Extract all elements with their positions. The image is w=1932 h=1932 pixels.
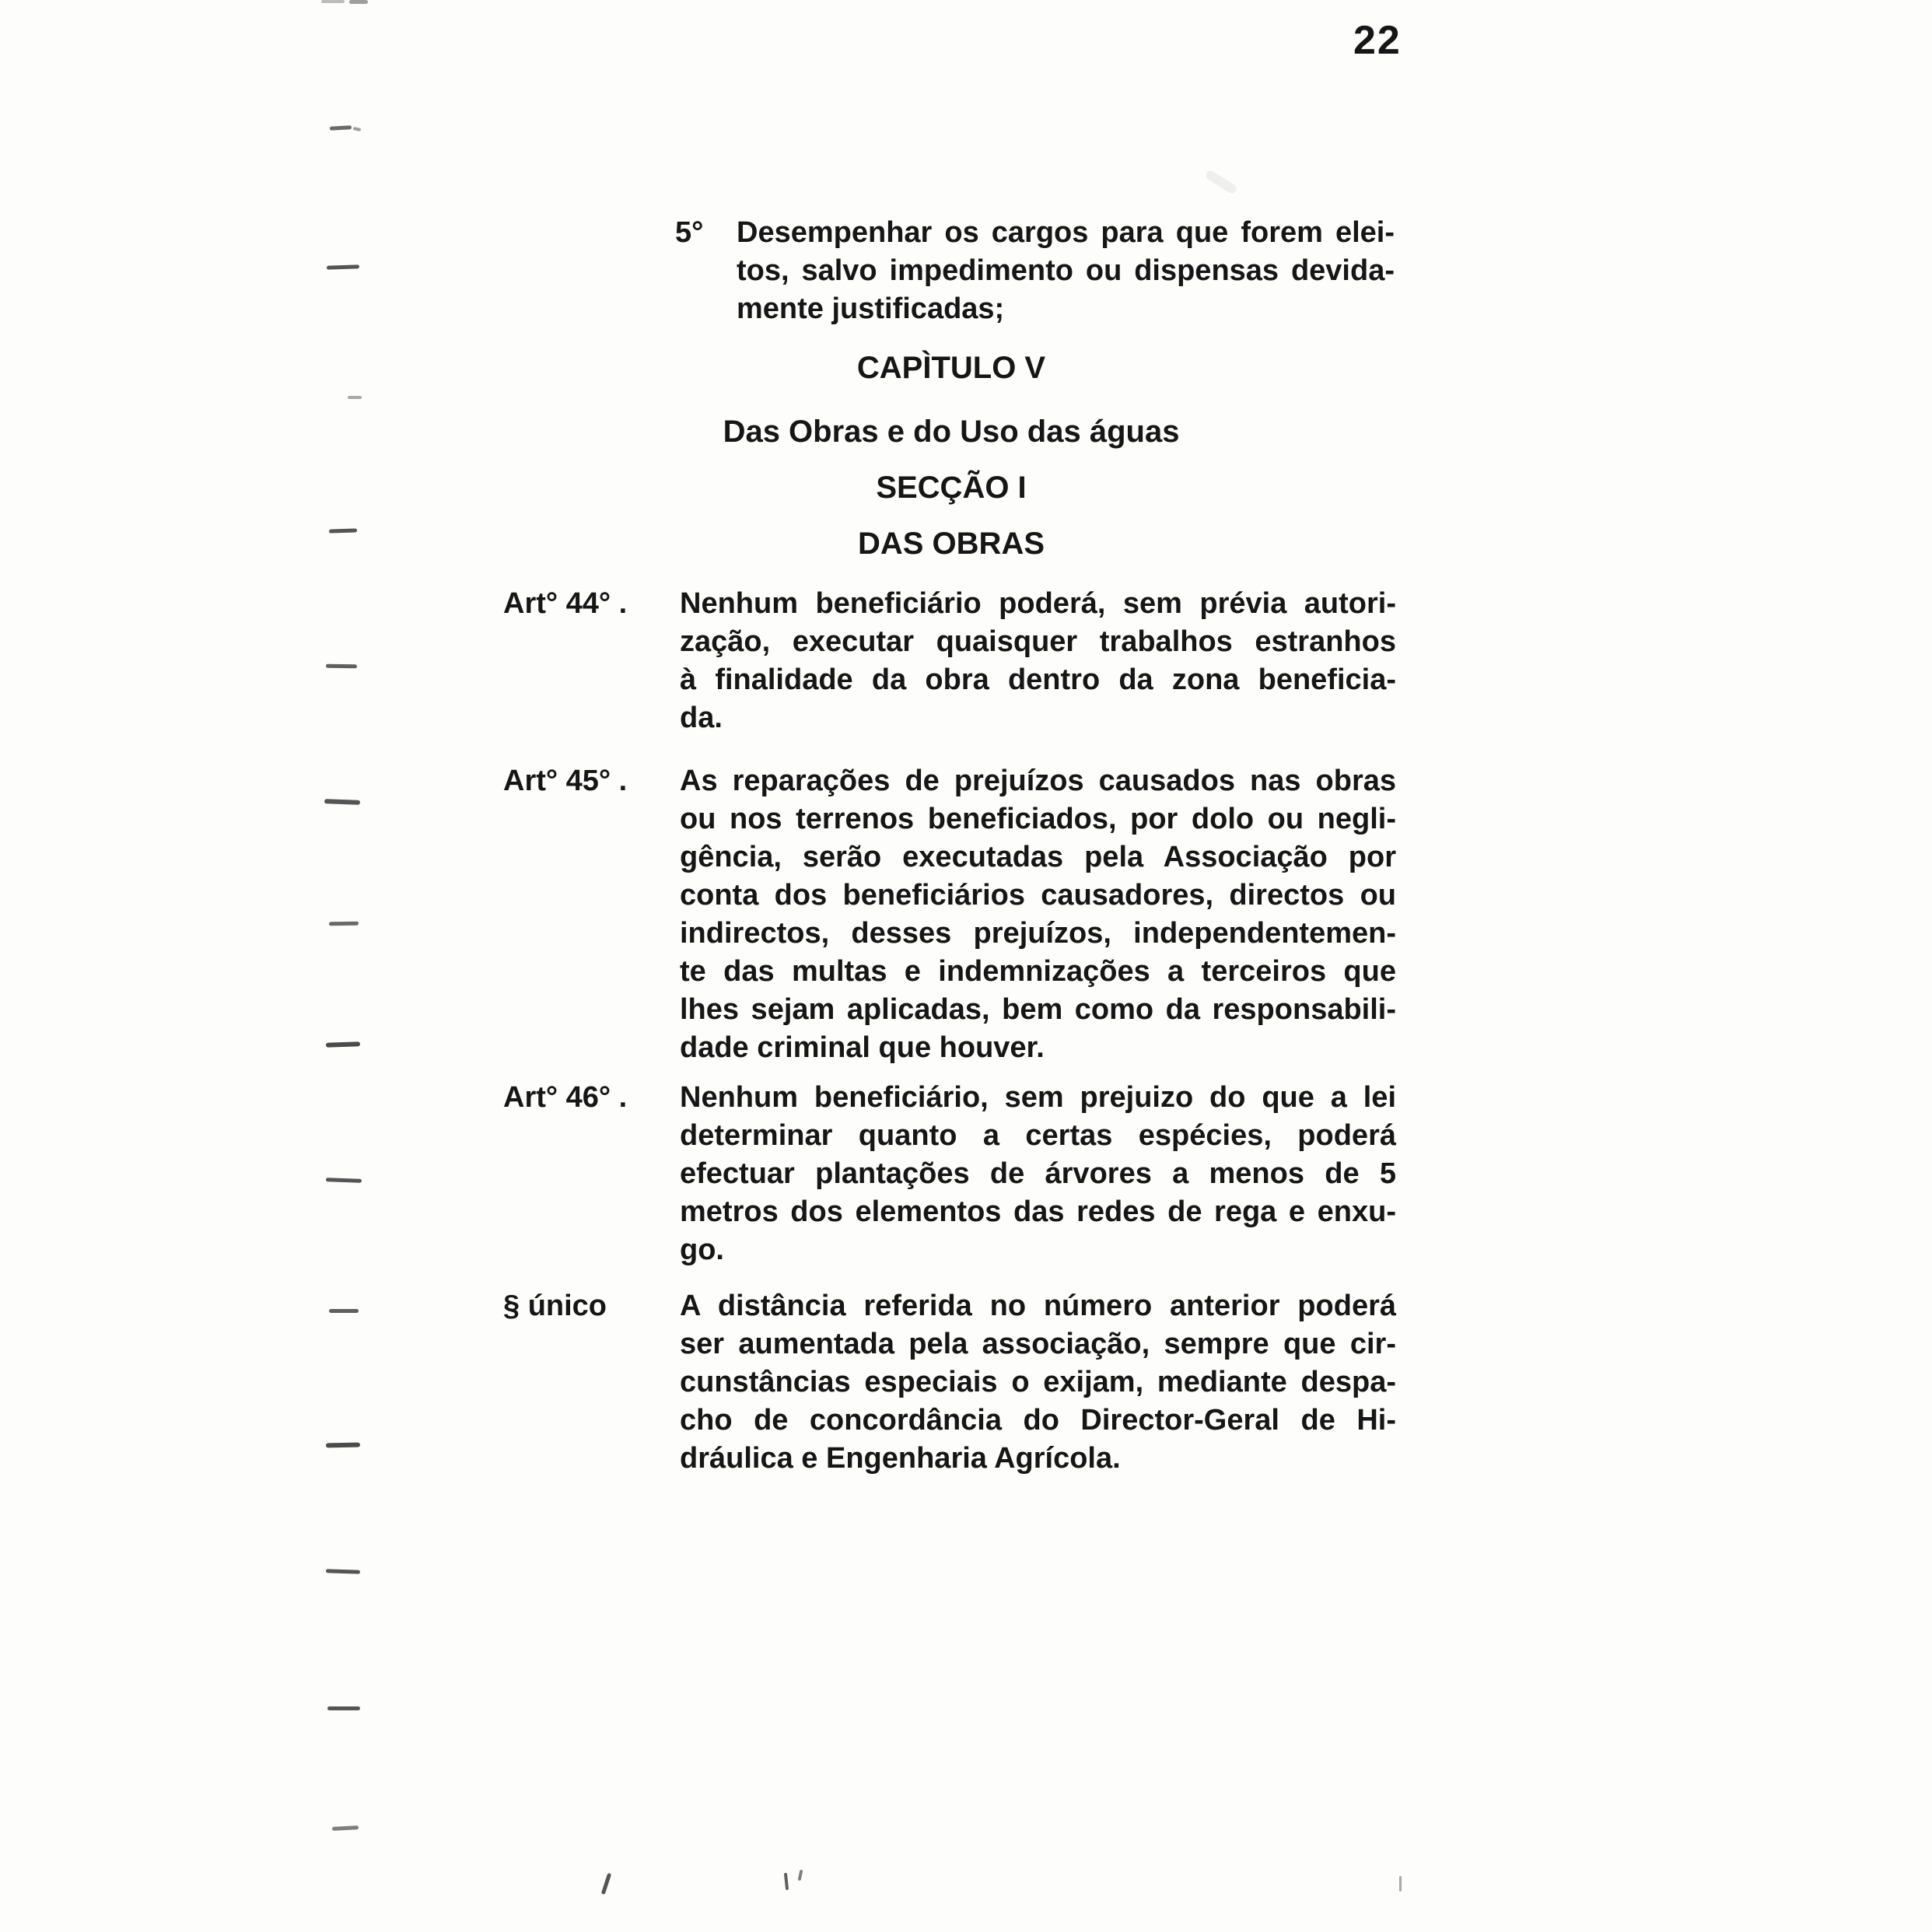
margin-dash-mark (330, 125, 352, 130)
speck-mark (601, 1873, 611, 1895)
text-line: conta dos beneficiários causadores, dire… (680, 877, 1396, 915)
speck-mark (1399, 1876, 1402, 1892)
margin-dash-mark (327, 264, 359, 269)
text-line: Desempenhar os cargos para que forem ele… (737, 214, 1395, 252)
margin-dash-mark (329, 528, 357, 533)
article-text: Nenhum beneficiário poderá, sem prévia a… (680, 585, 1396, 737)
list-item-text: Desempenhar os cargos para que forem ele… (737, 214, 1395, 328)
margin-dash-mark (326, 1569, 360, 1574)
subsection-heading: DAS OBRAS (488, 525, 1414, 563)
speck-mark (784, 1873, 789, 1890)
margin-dash-mark (327, 1706, 360, 1710)
article-text: A distância referida no número anterior … (680, 1287, 1396, 1478)
text-line: ser aumentada pela associação, sempre qu… (680, 1325, 1396, 1363)
text-line: go. (680, 1231, 1396, 1269)
text-line: As reparações de prejuízos causados nas … (680, 762, 1396, 800)
speck-mark (798, 1870, 803, 1881)
text-line: metros dos elementos das redes de rega e… (680, 1193, 1396, 1231)
text-line: gência, serão executadas pela Associação… (680, 838, 1396, 877)
text-line: dade criminal que houver. (680, 1029, 1396, 1067)
text-line: A distância referida no número anterior … (680, 1287, 1396, 1325)
margin-dash-mark (324, 799, 360, 805)
text-line: à finalidade da obra dentro da zona bene… (680, 661, 1396, 699)
article-label: Art° 44° . (503, 585, 627, 623)
text-line: lhes sejam aplicadas, bem como da respon… (680, 991, 1396, 1029)
margin-dash-mark (329, 1309, 359, 1313)
scanned-document-page: 22 CAPÌTULO V Das Obras e do Uso das águ… (0, 0, 1932, 1932)
margin-dash-mark (332, 1825, 359, 1831)
article-label: Art° 46° . (503, 1079, 627, 1117)
article-label: Art° 45° . (503, 762, 627, 800)
article-label: § único (503, 1287, 607, 1325)
text-line: dráulica e Engenharia Agrícola. (680, 1440, 1396, 1478)
text-line: zação, executar quaisquer trabalhos estr… (680, 623, 1396, 661)
margin-dash-mark (348, 396, 362, 399)
text-line: Nenhum beneficiário poderá, sem prévia a… (680, 585, 1396, 623)
faint-smudge-mark (1204, 169, 1238, 194)
text-line: da. (680, 699, 1396, 737)
text-line: Nenhum beneficiário, sem prejuizo do que… (680, 1079, 1396, 1117)
text-line: ou nos terrenos beneficiados, por dolo o… (680, 800, 1396, 838)
margin-dash-mark (349, 0, 368, 4)
section-heading: SECÇÃO I (488, 469, 1414, 507)
margin-dash-mark (326, 1443, 360, 1448)
margin-dash-mark (353, 127, 362, 131)
margin-dash-mark (326, 664, 357, 669)
text-line: mente justificadas; (737, 290, 1395, 328)
article-text: As reparações de prejuízos causados nas … (680, 762, 1396, 1067)
chapter-subtitle: Das Obras e do Uso das águas (488, 413, 1414, 451)
page-number: 22 (1353, 19, 1402, 62)
margin-dash-mark (329, 922, 359, 926)
text-line: indirectos, desses prejuízos, independen… (680, 915, 1396, 953)
text-line: cho de concordância do Director-Geral de… (680, 1402, 1396, 1440)
text-line: determinar quanto a certas espécies, pod… (680, 1117, 1396, 1155)
text-line: cunstâncias especiais o exijam, mediante… (680, 1363, 1396, 1402)
text-line: te das multas e indemnizações a terceiro… (680, 953, 1396, 991)
margin-dash-mark (326, 1178, 362, 1183)
article-text: Nenhum beneficiário, sem prejuizo do que… (680, 1079, 1396, 1269)
margin-dash-mark (326, 1041, 360, 1048)
chapter-heading: CAPÌTULO V (488, 349, 1414, 387)
text-line: tos, salvo impedimento ou dispensas devi… (737, 252, 1395, 290)
text-line: efectuar plantações de árvores a menos d… (680, 1155, 1396, 1193)
margin-dash-mark (321, 0, 345, 3)
list-item-number: 5° (675, 214, 703, 252)
